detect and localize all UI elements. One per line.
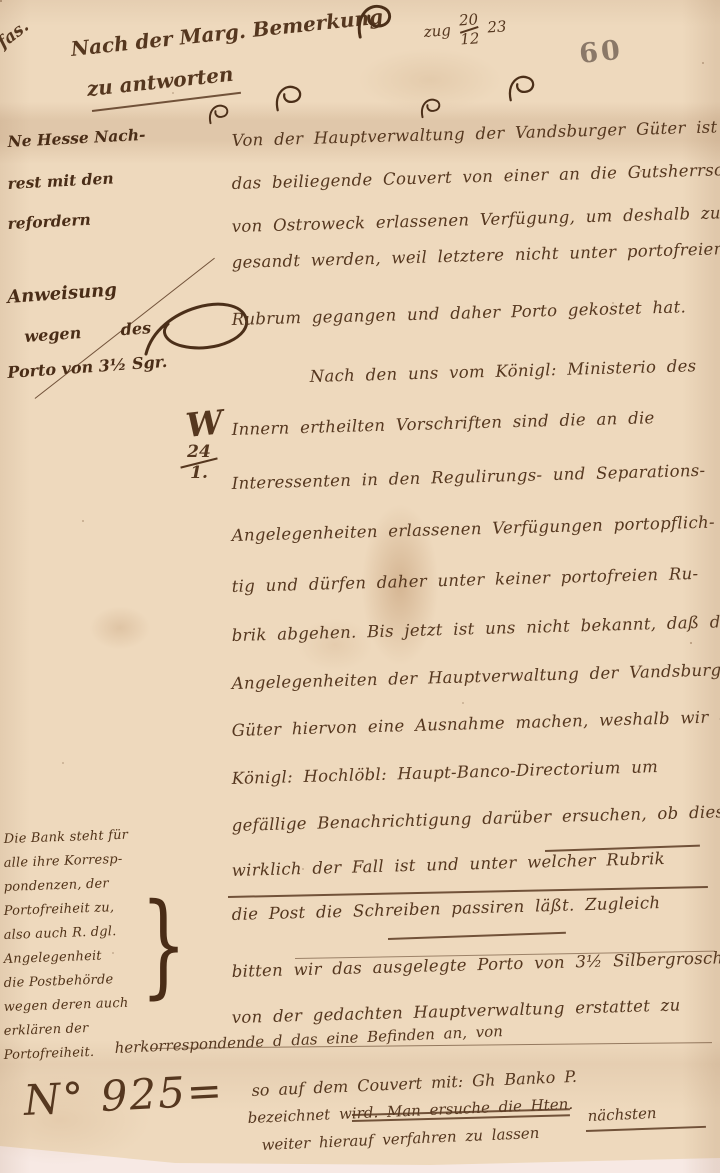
- paper-specks: [0, 0, 2, 2]
- margin-note-1-line: refordern: [7, 211, 91, 232]
- docket-fraction-denominator: 1.: [190, 463, 208, 483]
- received-date: zug 20 12 23: [423, 10, 508, 49]
- received-prefix: zug: [423, 21, 451, 41]
- closing-side-note: nächsten: [587, 1105, 657, 1124]
- received-date-fraction: 20 12: [459, 12, 480, 47]
- folio-number: 60: [578, 36, 624, 70]
- docket-number: N° 925=: [23, 1068, 226, 1125]
- margin-note-2-flourish: [138, 288, 268, 372]
- flourish-icon: [505, 72, 539, 104]
- docket-initial: W: [184, 404, 225, 444]
- manuscript-scan: { "marks": { "corner": "fas.", "received…: [0, 0, 720, 1173]
- flourish-icon: [206, 102, 232, 126]
- flourish-icon: [418, 96, 444, 120]
- margin-note-3-line: erklären der: [4, 1022, 89, 1039]
- docket-fraction: 24 1.: [180, 444, 218, 482]
- received-year: 23: [487, 17, 507, 36]
- margin-note-3-bracket: }: [140, 880, 186, 1010]
- flourish-icon: [352, 0, 398, 42]
- flourish-icon: [272, 82, 306, 114]
